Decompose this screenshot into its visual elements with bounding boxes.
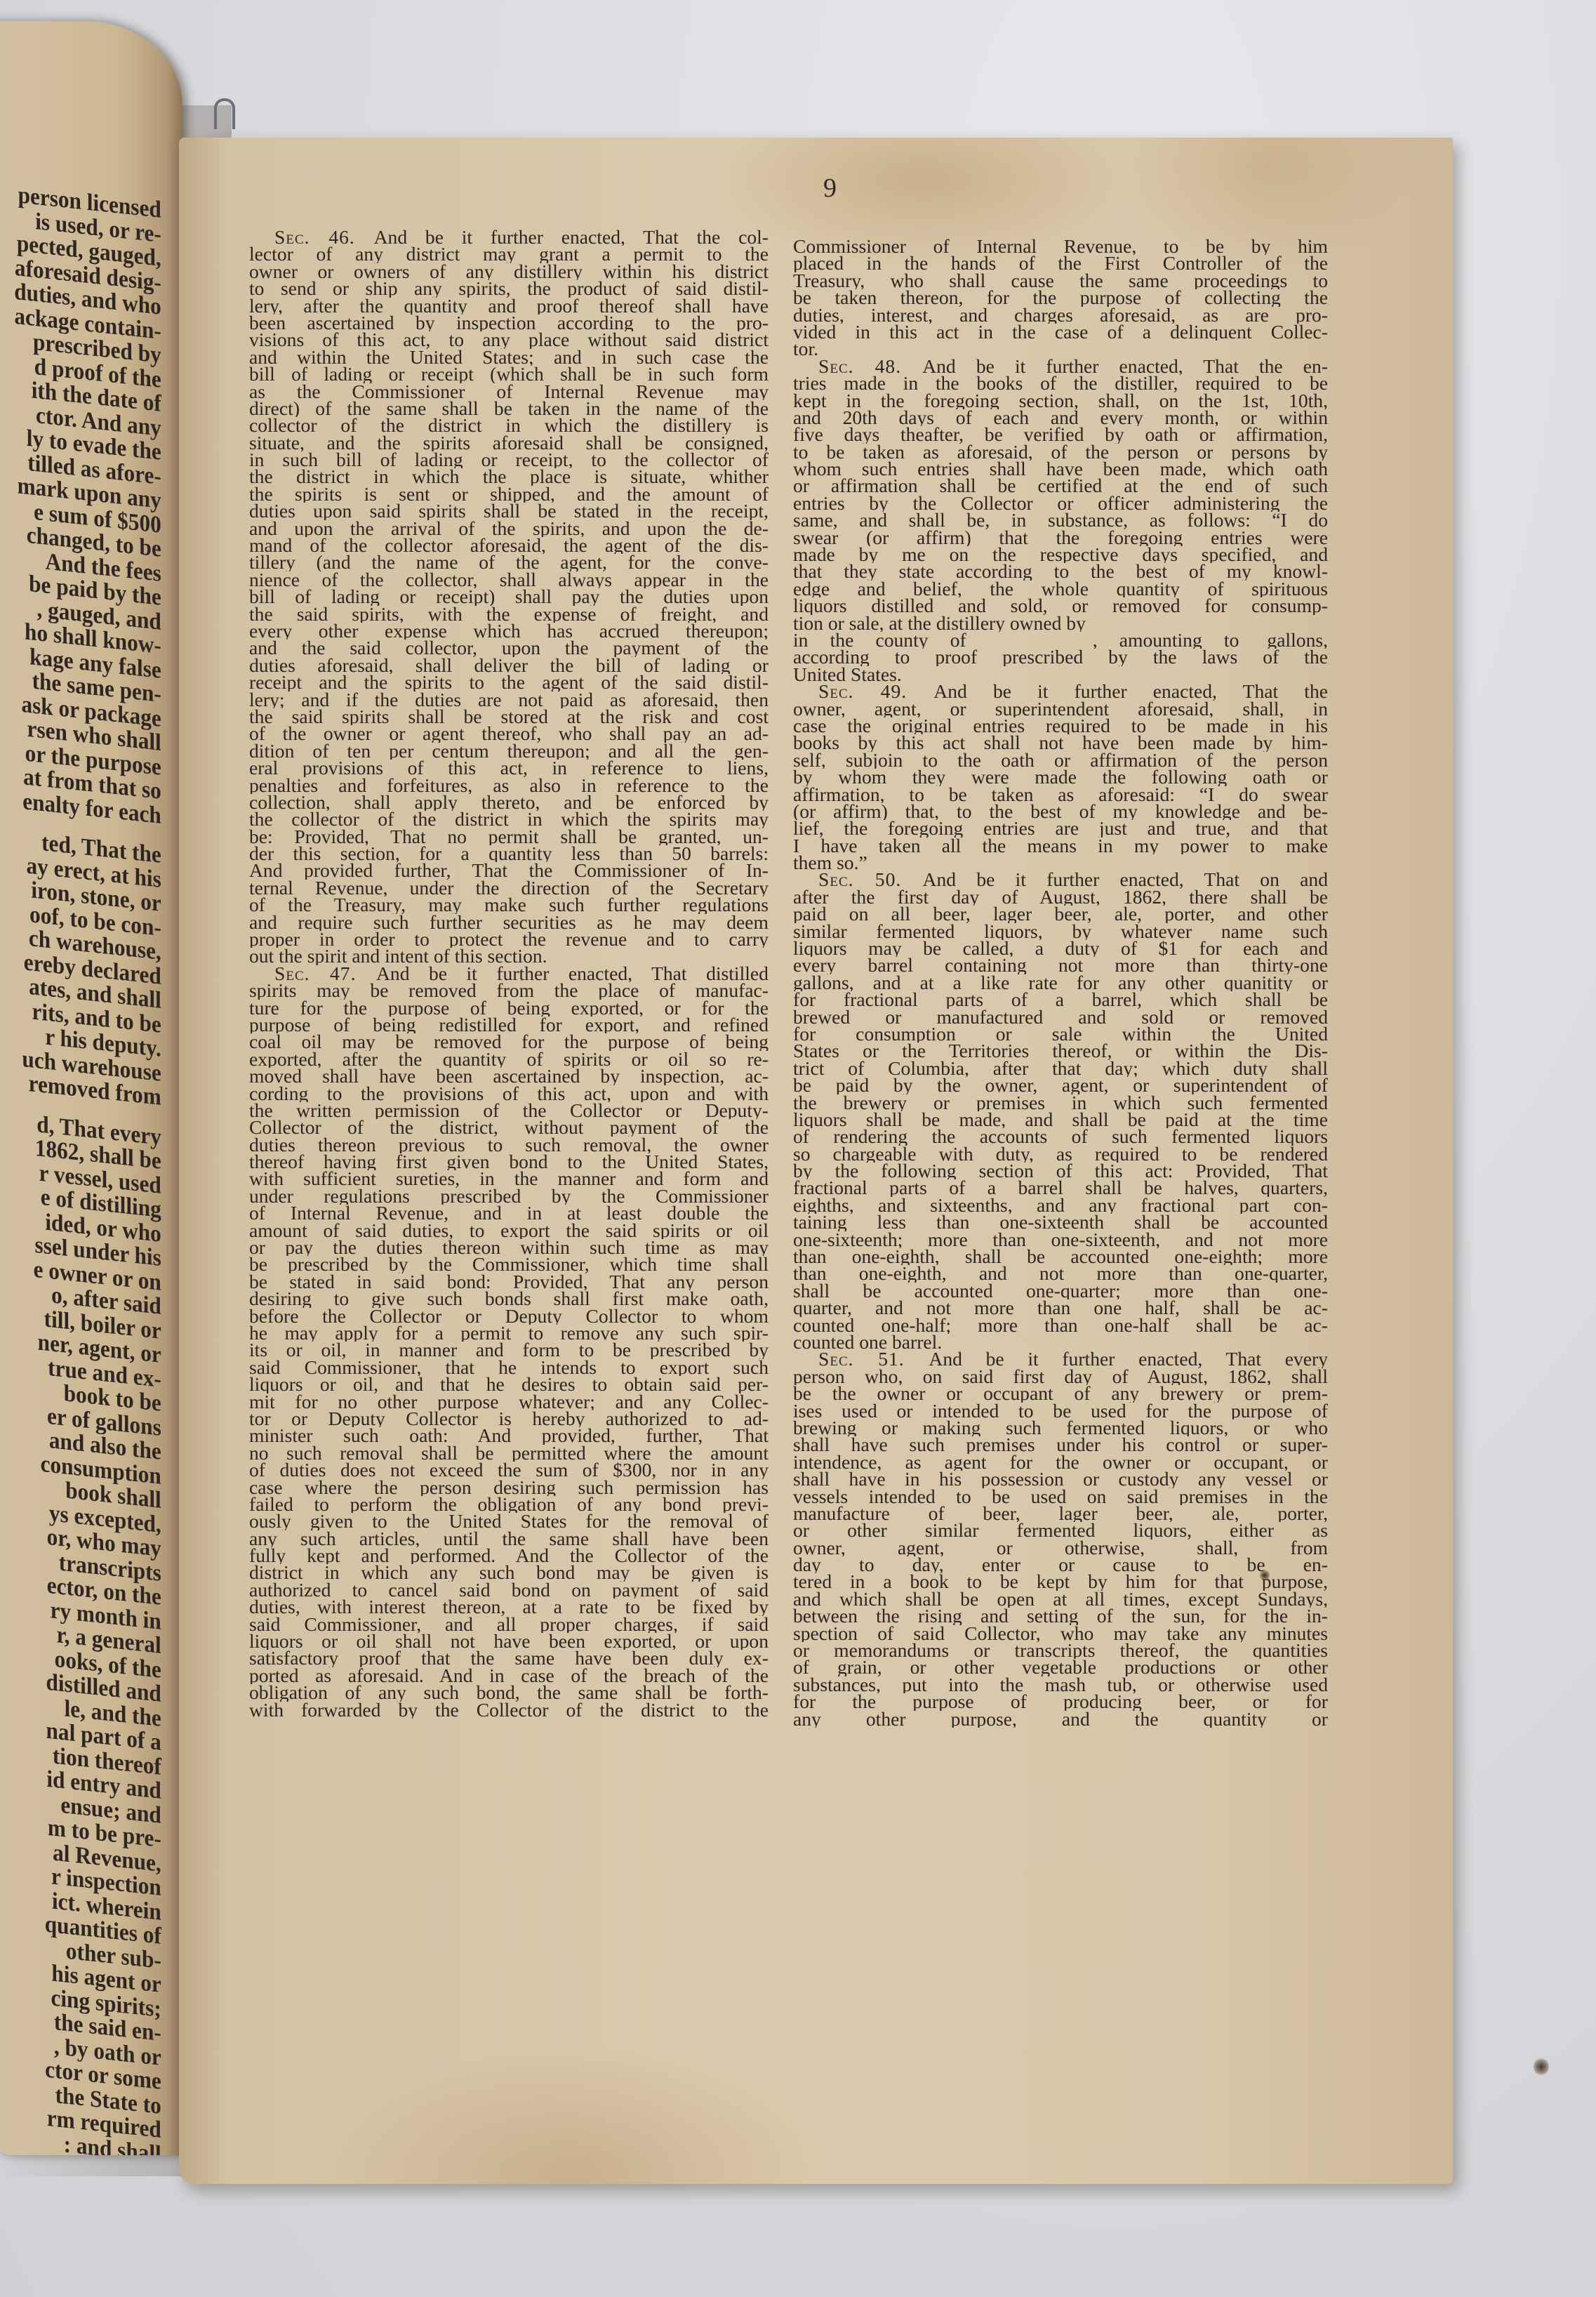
text-line: as the Commissioner of Internal Revenue … xyxy=(249,383,769,400)
text-line: (or affirm) that, to the best of my know… xyxy=(793,803,1328,820)
text-line: Sec. 51. And be it further enacted, That… xyxy=(793,1351,1328,1368)
text-line: of Internal Revenue, and in at least dou… xyxy=(249,1205,769,1222)
text-line: receipt and the spirits to the agent of … xyxy=(249,674,769,691)
text-line: or pay the duties thereon within such ti… xyxy=(249,1239,769,1256)
text-line: swear (or affirm) that the foregoing ent… xyxy=(793,529,1328,546)
text-line: bill of lading or receipt (which shall b… xyxy=(249,366,769,383)
text-line: Treasury, who shall cause the same proce… xyxy=(793,272,1328,289)
text-line: spection of said Collector, who may take… xyxy=(793,1625,1328,1642)
text-line: edge and belief, the whole quantity of s… xyxy=(793,581,1328,597)
text-line: cording to the provisions of this act, u… xyxy=(249,1085,769,1102)
text-line: whom such entries shall have been made, … xyxy=(793,461,1328,477)
text-line: them so.” xyxy=(793,854,1328,871)
text-line: fully kept and performed. And the Collec… xyxy=(249,1547,769,1564)
text-line: owner, agent, or otherwise, shall, from xyxy=(793,1540,1328,1556)
text-line: And provided further, That the Commissio… xyxy=(249,862,769,879)
text-line: tered in a book to be kept by him for th… xyxy=(793,1573,1328,1590)
text-line: penalties and forfeitures, as also in re… xyxy=(249,777,769,794)
text-line: of the Treasury, may make such further r… xyxy=(249,896,769,913)
text-line: I have taken all the means in my power t… xyxy=(793,838,1328,854)
text-line: taining less than one-sixteenth shall be… xyxy=(793,1214,1328,1231)
text-line: duties upon said spirits shall be stated… xyxy=(249,503,769,519)
text-line: day to day, enter or cause to be en- xyxy=(793,1556,1328,1573)
text-line: thereof having first given bond to the U… xyxy=(249,1153,769,1170)
left-facing-page: person licensedis used, or re-pected, ga… xyxy=(0,21,182,2155)
text-line: exported, after the quantity of spirits … xyxy=(249,1051,769,1068)
section-49: Sec. 49. And be it further enacted, That… xyxy=(793,683,1328,871)
document-page: 9 Sec. 46. And be it further enacted, Th… xyxy=(179,138,1453,2184)
text-line: between the rising and setting of the su… xyxy=(793,1608,1328,1624)
text-line: liquors may be called, a duty of $1 for … xyxy=(793,940,1328,957)
text-line: he may apply for a permit to remove any … xyxy=(249,1325,769,1342)
text-line: Sec. 46. And be it further enacted, That… xyxy=(249,229,769,246)
text-line: affirmation, to be taken as aforesaid: “… xyxy=(793,786,1328,803)
text-line: satisfactory proof that the same have be… xyxy=(249,1650,769,1667)
text-line: tries made in the books of the distiller… xyxy=(793,375,1328,392)
section-label: Sec. 48. xyxy=(818,358,922,375)
text-line: moved shall have been ascertained by ins… xyxy=(249,1068,769,1085)
text-line: similar fermented liquors, by whatever n… xyxy=(793,923,1328,940)
text-line: made by me on the respective days specif… xyxy=(793,546,1328,563)
text-line: be: Provided, That no permit shall be gr… xyxy=(249,828,769,845)
text-line: vided in this act in the case of a delin… xyxy=(793,324,1328,340)
text-line: proper in order to protect the revenue a… xyxy=(249,931,769,948)
text-line: mand of the collector aforesaid, the age… xyxy=(249,537,769,554)
text-line: self, subjoin to the oath or affirmation… xyxy=(793,752,1328,769)
text-line: ternal Revenue, under the direction of t… xyxy=(249,880,769,896)
text-line: direct) of the same shall be taken in th… xyxy=(249,400,769,417)
text-line: duties thereon previous to such removal,… xyxy=(249,1137,769,1153)
text-line: to send or ship any spirits, the product… xyxy=(249,280,769,297)
text-line: one-sixteenth; more than one-sixteenth, … xyxy=(793,1231,1328,1248)
text-line: and require such further securities as h… xyxy=(249,914,769,931)
text-line: obligation of any such bond, the same sh… xyxy=(249,1684,769,1701)
text-line: the said spirits shall be stored at the … xyxy=(249,708,769,725)
text-line: mit for no other purpose whatever; and a… xyxy=(249,1394,769,1410)
text-line: liquors or oil shall not have been expor… xyxy=(249,1633,769,1650)
text-line: coal oil may be removed for the purpose … xyxy=(249,1033,769,1050)
text-line: tor or Deputy Collector is hereby author… xyxy=(249,1410,769,1427)
text-line: to be taken as aforesaid, of the person … xyxy=(793,444,1328,461)
text-line: and which shall be open at all times, ex… xyxy=(793,1591,1328,1608)
text-line: vessels intended to be used on said prem… xyxy=(793,1488,1328,1505)
text-line: be prescribed by the Commissioner, which… xyxy=(249,1256,769,1273)
text-line: been ascertained by inspection according… xyxy=(249,315,769,331)
text-line: of the owner or agent thereof, who shall… xyxy=(249,725,769,742)
text-line: der this section, for a quantity less th… xyxy=(249,845,769,862)
page-number: 9 xyxy=(179,173,1453,204)
text-line: under regulations prescribed by the Comm… xyxy=(249,1188,769,1205)
text-line: quarter, and not more than one half, sha… xyxy=(793,1299,1328,1316)
text-line: ises used or intended to be used for the… xyxy=(793,1403,1328,1419)
left-page-text-fragments: person licensedis used, or re-pected, ga… xyxy=(0,180,175,2155)
text-line: before the Collector or Deputy Collector… xyxy=(249,1308,769,1325)
text-line: out the spirit and intent of this sectio… xyxy=(249,948,769,965)
text-line: eighths, and sixteenths, and any fractio… xyxy=(793,1197,1328,1214)
text-line: manufacture of beer, lager beer, ale, po… xyxy=(793,1505,1328,1522)
text-line: situate, and the spirits aforesaid shall… xyxy=(249,435,769,451)
right-text-column: Commissioner of Internal Revenue, to be … xyxy=(793,238,1328,1728)
section-label: Sec. 51. xyxy=(818,1351,929,1368)
text-line: after the first day of August, 1862, the… xyxy=(793,889,1328,906)
text-line: than one-eighth, and not more than one-q… xyxy=(793,1265,1328,1282)
text-line: authorized to cancel said bond on paymen… xyxy=(249,1582,769,1598)
text-line: its or oil, in manner and form to be pre… xyxy=(249,1342,769,1358)
text-line: every other expense which has accrued th… xyxy=(249,623,769,640)
text-line: or other similar fermented liquors, eith… xyxy=(793,1522,1328,1539)
text-line: shall have such premises under his contr… xyxy=(793,1436,1328,1453)
section-46: Sec. 46. And be it further enacted, That… xyxy=(249,229,769,965)
text-line: placed in the hands of the First Control… xyxy=(793,255,1328,272)
text-line: lery, after the quantity and proof there… xyxy=(249,298,769,315)
text-line: books by this act shall not have been ma… xyxy=(793,734,1328,751)
text-line: collection, shall apply thereto, and be … xyxy=(249,794,769,811)
section-50: Sec. 50. And be it further enacted, That… xyxy=(793,871,1328,1351)
text-line: every barrel containing not more than th… xyxy=(793,957,1328,974)
text-line: person who, on said first day of August,… xyxy=(793,1368,1328,1385)
text-line: paid on all beer, lager beer, ale, porte… xyxy=(793,906,1328,922)
text-line: failed to perform the obligation of any … xyxy=(249,1496,769,1513)
text-line: the spirits is sent or shipped, and the … xyxy=(249,486,769,503)
text-line: for fractional parts of a barrel, which … xyxy=(793,991,1328,1008)
text-line: owner or owners of any distillery within… xyxy=(249,263,769,280)
text-line: liquors or oil, and that he desires to o… xyxy=(249,1376,769,1393)
left-text-column: Sec. 46. And be it further enacted, That… xyxy=(249,229,769,1719)
text-line: United States. xyxy=(793,666,1328,683)
text-line: counted one barrel. xyxy=(793,1334,1328,1351)
binding-staple xyxy=(214,98,235,129)
section-label: Sec. 47. xyxy=(274,965,376,982)
text-line: of grain, or other vegetable productions… xyxy=(793,1659,1328,1676)
text-line: duties aforesaid, shall deliver the bill… xyxy=(249,657,769,674)
text-line: be the owner or occupant of any brewery … xyxy=(793,1385,1328,1402)
text-line: so chargeable with duty, as required to … xyxy=(793,1146,1328,1163)
text-line: bill of lading or receipt) shall pay the… xyxy=(249,588,769,605)
text-line: for the purpose of producing beer, or fo… xyxy=(793,1693,1328,1710)
text-line: collector of the district in which the d… xyxy=(249,417,769,434)
text-line: intendence, as agent for the owner or oc… xyxy=(793,1454,1328,1471)
text-line: case the original entries required to be… xyxy=(793,717,1328,734)
text-line: with sufficient sureties, in the manner … xyxy=(249,1170,769,1187)
text-line: any other purpose, and the quantity or xyxy=(793,1711,1328,1728)
text-line: counted one-half; more than one-half sha… xyxy=(793,1317,1328,1334)
section-label: Sec. 49. xyxy=(818,683,933,700)
oath-blank-line: in the county of, amounting togallons, xyxy=(793,632,1328,649)
section-label: Sec. 46. xyxy=(274,229,374,246)
section-47: Sec. 47. And be it further enacted, That… xyxy=(249,965,769,1719)
text-line: kept in the foregoing section, shall, on… xyxy=(793,392,1328,409)
text-line: Collector of the district, without payme… xyxy=(249,1119,769,1136)
text-line: the collector of the district in which t… xyxy=(249,811,769,828)
text-line: tor. xyxy=(793,340,1328,357)
text-line: desiring to give such bonds shall first … xyxy=(249,1290,769,1307)
text-line: and within the United States; and in suc… xyxy=(249,349,769,366)
text-line: or memorandums or transcripts thereof, t… xyxy=(793,1642,1328,1659)
text-line: be paid by the owner, agent, or superint… xyxy=(793,1077,1328,1094)
text-line: owner, agent, or superintendent aforesai… xyxy=(793,701,1328,717)
ink-stain xyxy=(1534,2058,1549,2076)
text-line: with forwarded by the Collector of the d… xyxy=(249,1702,769,1719)
text-line: same, and shall be, in substance, as fol… xyxy=(793,512,1328,529)
text-line: by whom they were made the following oat… xyxy=(793,769,1328,786)
text-line: purpose of being redistilled for export,… xyxy=(249,1017,769,1033)
text-line: ported as aforesaid. And in case of the … xyxy=(249,1667,769,1684)
text-line: Sec. 48. And be it further enacted, That… xyxy=(793,358,1328,375)
text-line: liquors shall be made, and shall be paid… xyxy=(793,1111,1328,1128)
text-line: brewing or making such fermented liquors… xyxy=(793,1419,1328,1436)
text-line: shall be accounted one-quarter; more tha… xyxy=(793,1283,1328,1299)
text-line: ously given to the United States for the… xyxy=(249,1513,769,1530)
ink-spot xyxy=(1260,1570,1270,1581)
text-line: Sec. 50. And be it further enacted, That… xyxy=(793,871,1328,888)
text-line: dition of ten per centum thereupon; and … xyxy=(249,743,769,760)
text-line: for consumption or sale within the Unite… xyxy=(793,1026,1328,1042)
text-line: amount of said duties, to export the sai… xyxy=(249,1222,769,1239)
text-line: of duties does not exceed the sum of $30… xyxy=(249,1462,769,1478)
text-line: brewed or manufactured and sold or remov… xyxy=(793,1009,1328,1026)
text-line: of rendering the accounts of such fermen… xyxy=(793,1128,1328,1145)
text-line: the written permission of the Collector … xyxy=(249,1102,769,1119)
text-line: duties, with interest thereon, at a rate… xyxy=(249,1598,769,1615)
text-line: any such articles, until the same shall … xyxy=(249,1530,769,1547)
text-line: visions of this act, to any place withou… xyxy=(249,331,769,348)
text-line: eral provisions of this act, in referenc… xyxy=(249,760,769,776)
text-line: said Commissioner, and all proper charge… xyxy=(249,1616,769,1633)
text-line: tion or sale, at the distillery owned by xyxy=(793,615,1328,632)
text-line: entries by the Collector or officer admi… xyxy=(793,495,1328,512)
section-51: Sec. 51. And be it further enacted, That… xyxy=(793,1351,1328,1728)
text-line: nience of the collector, shall always ap… xyxy=(249,571,769,588)
text-line: said Commissioner, that he intends to ex… xyxy=(249,1359,769,1376)
text-line: lery; and if the duties are not paid as … xyxy=(249,691,769,708)
text-line: and upon the arrival of the spirits, and… xyxy=(249,520,769,537)
text-line: district in which any such bond may be g… xyxy=(249,1564,769,1581)
text-line: minister such oath: And provided, furthe… xyxy=(249,1427,769,1444)
text-line: ture for the purpose of being exported, … xyxy=(249,1000,769,1017)
text-line: shall have in his possession or custody … xyxy=(793,1471,1328,1488)
text-line: according to proof prescribed by the law… xyxy=(793,649,1328,666)
text-line: duties, interest, and charges aforesaid,… xyxy=(793,307,1328,324)
text-line: and the said collector, upon the payment… xyxy=(249,640,769,656)
text-line: or affirmation shall be certified at the… xyxy=(793,477,1328,494)
text-line: fractional parts of a barrel shall be ha… xyxy=(793,1179,1328,1196)
text-line: by the following section of this act: Pr… xyxy=(793,1163,1328,1179)
text-line: substances, put into the mash tub, or ot… xyxy=(793,1676,1328,1693)
section-label: Sec. 50. xyxy=(818,871,923,888)
text-line: that they state according to the best of… xyxy=(793,563,1328,580)
text-line: be stated in said bond: Provided, That a… xyxy=(249,1273,769,1290)
section-47-continuation: Commissioner of Internal Revenue, to be … xyxy=(793,238,1328,358)
text-line: the said spirits, with the expense of fr… xyxy=(249,606,769,623)
text-line: Commissioner of Internal Revenue, to be … xyxy=(793,238,1328,255)
section-48: Sec. 48. And be it further enacted, That… xyxy=(793,358,1328,683)
text-line: no such removal shall be permitted where… xyxy=(249,1445,769,1462)
text-line: be taken thereon, for the purpose of col… xyxy=(793,289,1328,306)
text-line: the district in which the place is situa… xyxy=(249,468,769,485)
text-line: the brewery or premises in which such fe… xyxy=(793,1094,1328,1111)
text-line: five days theafter, be verified by oath … xyxy=(793,426,1328,443)
text-line: gallons, and at a like rate for any othe… xyxy=(793,974,1328,991)
text-line: States or the Territories thereof, or wi… xyxy=(793,1042,1328,1059)
text-line: case where the person desiring such perm… xyxy=(249,1479,769,1496)
text-line: trict of Columbia, after that day; which… xyxy=(793,1060,1328,1077)
text-line: tillery (and the name of the agent, for … xyxy=(249,554,769,571)
text-line: Sec. 47. And be it further enacted, That… xyxy=(249,965,769,982)
text-line: than one-eighth, shall be accounted one-… xyxy=(793,1248,1328,1265)
text-line: Sec. 49. And be it further enacted, That… xyxy=(793,683,1328,700)
text-line: liquors distilled and sold, or removed f… xyxy=(793,597,1328,614)
text-line: in such bill of lading or receipt, to th… xyxy=(249,451,769,468)
text-line: spirits may be removed from the place of… xyxy=(249,982,769,999)
text-line: and 20th days of each and every month, o… xyxy=(793,409,1328,426)
text-line: lief, the foregoing entries are just and… xyxy=(793,820,1328,837)
text-line: lector of any district may grant a permi… xyxy=(249,246,769,263)
